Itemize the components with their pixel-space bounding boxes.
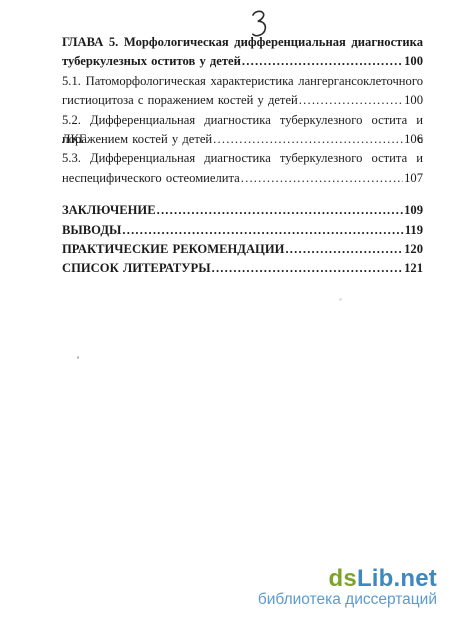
toc-text: 5.3. Дифференциальная диагностика туберк… bbox=[62, 151, 423, 165]
page-number: 106 bbox=[404, 130, 423, 149]
dot-leader: ........................................… bbox=[122, 221, 403, 240]
toc-text: ГЛАВА 5. Морфологическая дифференциальна… bbox=[62, 35, 423, 49]
toc-text: ЗАКЛЮЧЕНИЕ bbox=[62, 201, 156, 220]
dslib-subtitle: библиотека диссертаций bbox=[258, 591, 437, 609]
scanned-document-page: ГЛАВА 5. Морфологическая дифференциальна… bbox=[0, 0, 450, 618]
toc-text: поражением костей у детей bbox=[62, 130, 212, 149]
dot-leader: ........................................… bbox=[213, 130, 403, 149]
page-number: 100 bbox=[404, 52, 423, 71]
toc-entry-findings: ВЫВОДЫ .................................… bbox=[62, 221, 423, 240]
page-number: 109 bbox=[404, 201, 423, 220]
dot-leader: ........................................… bbox=[299, 91, 403, 110]
toc-text: гистиоцитоза с поражением костей у детей bbox=[62, 91, 298, 110]
scan-artifact bbox=[339, 298, 342, 301]
toc-text: ПРАКТИЧЕСКИЕ РЕКОМЕНДАЦИИ bbox=[62, 240, 284, 259]
toc-text: ВЫВОДЫ bbox=[62, 221, 121, 240]
toc-text: туберкулезных оститов у детей bbox=[62, 52, 241, 71]
scan-artifact bbox=[77, 356, 79, 359]
toc-line-chapter-5: ГЛАВА 5. Морфологическая дифференциальна… bbox=[62, 33, 423, 52]
toc-line-section-5-3-continuation: неспецифического остеомиелита ..........… bbox=[62, 169, 423, 188]
dot-leader: ........................................… bbox=[212, 259, 404, 278]
page-number: 120 bbox=[404, 240, 423, 259]
toc-line-section-5-2: 5.2. Дифференциальная диагностика туберк… bbox=[62, 111, 423, 130]
toc-line-chapter-5-continuation: туберкулезных оститов у детей ..........… bbox=[62, 52, 423, 71]
page-number: 121 bbox=[404, 259, 423, 278]
toc-line-section-5-1-continuation: гистиоцитоза с поражением костей у детей… bbox=[62, 91, 423, 110]
table-of-contents: ГЛАВА 5. Морфологическая дифференциальна… bbox=[62, 33, 423, 279]
dslib-watermark: dsLib.net библиотека диссертаций bbox=[258, 566, 437, 609]
page-number: 119 bbox=[405, 221, 423, 240]
toc-entry-bibliography: СПИСОК ЛИТЕРАТУРЫ ......................… bbox=[62, 259, 423, 278]
toc-line-section-5-1: 5.1. Патоморфологическая характеристика … bbox=[62, 72, 423, 91]
page-number: 100 bbox=[404, 91, 423, 110]
toc-entry-practical-recommendations: ПРАКТИЧЕСКИЕ РЕКОМЕНДАЦИИ ..............… bbox=[62, 240, 423, 259]
toc-text: 5.1. Патоморфологическая характеристика … bbox=[62, 74, 423, 88]
dot-leader: ........................................… bbox=[241, 169, 403, 188]
toc-entry-conclusion: ЗАКЛЮЧЕНИЕ .............................… bbox=[62, 201, 423, 220]
toc-line-section-5-2-continuation: поражением костей у детей ..............… bbox=[62, 130, 423, 149]
dot-leader: ........................................… bbox=[242, 52, 403, 71]
dot-leader: ........................................… bbox=[285, 240, 403, 259]
toc-line-section-5-3: 5.3. Дифференциальная диагностика туберк… bbox=[62, 149, 423, 168]
toc-text: неспецифического остеомиелита bbox=[62, 169, 240, 188]
toc-text: СПИСОК ЛИТЕРАТУРЫ bbox=[62, 259, 211, 278]
dslib-logo-prefix: ds bbox=[329, 565, 357, 592]
dslib-logo: dsLib.net bbox=[258, 566, 437, 591]
page-number: 107 bbox=[404, 169, 423, 188]
dslib-logo-suffix: Lib.net bbox=[357, 565, 437, 592]
dot-leader: ........................................… bbox=[157, 201, 404, 220]
